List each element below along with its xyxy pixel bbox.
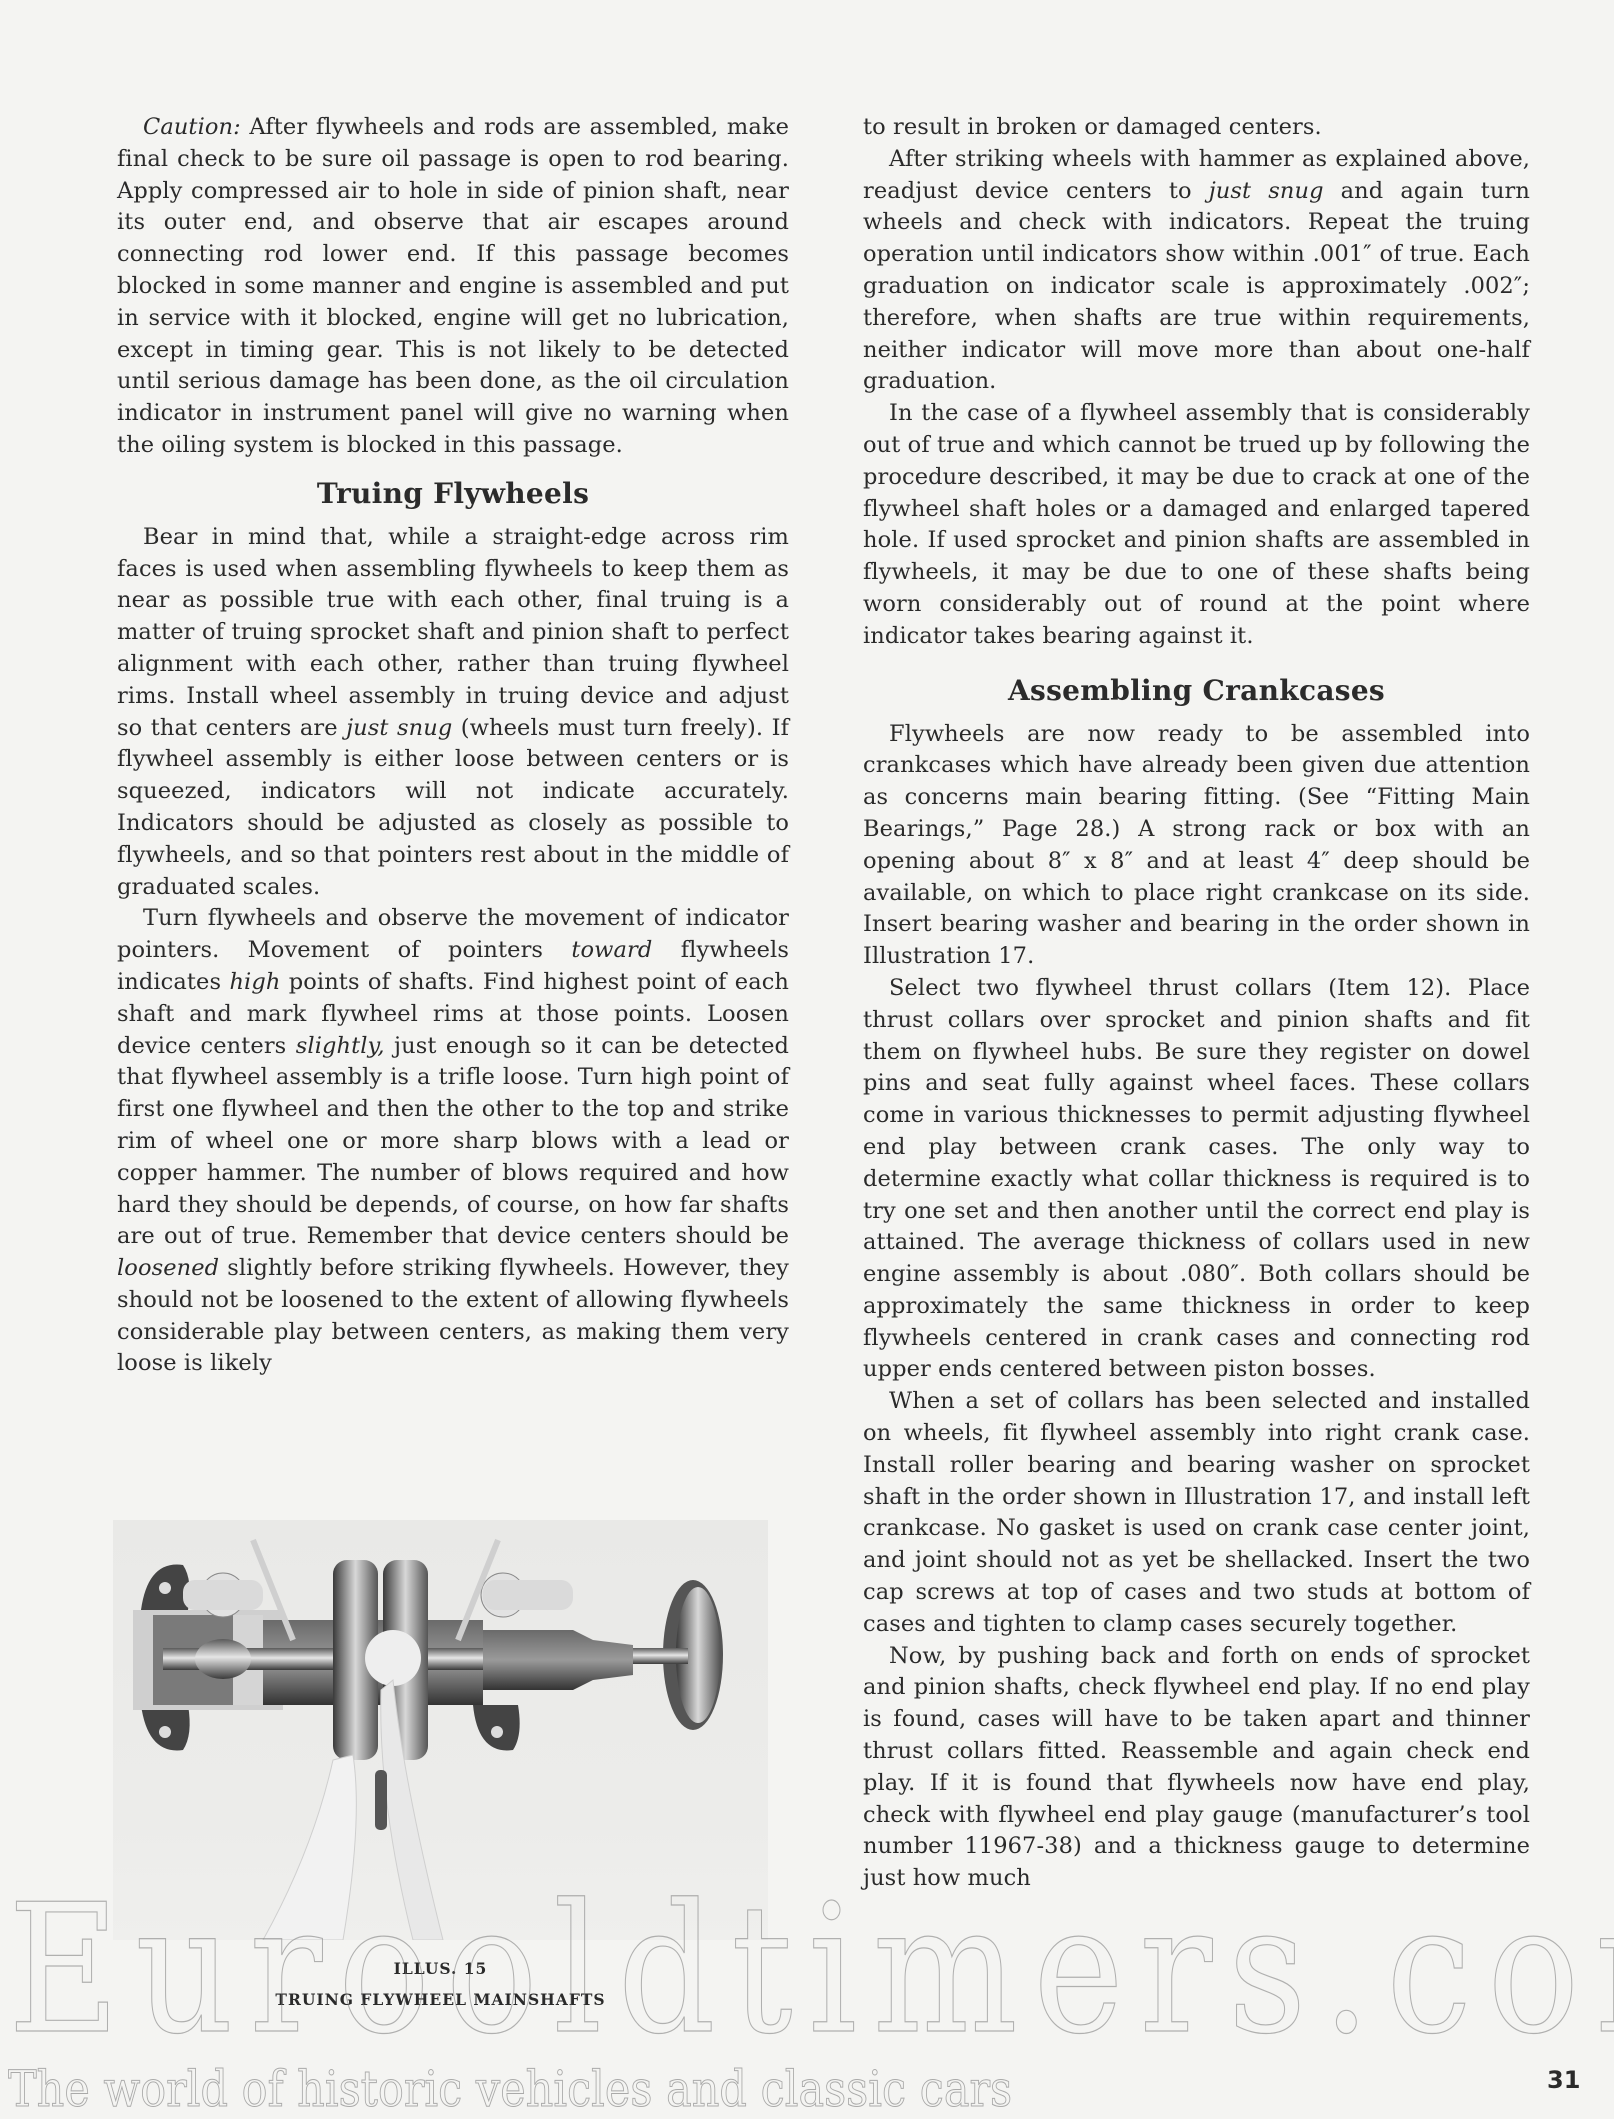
paragraph-end-play: Now, by pushing back and forth on ends o… (863, 1641, 1530, 1895)
paragraph-turn-flywheels: Turn flywheels and observe the movement … (117, 903, 789, 1380)
paragraph-collars-selected: When a set of collars has been selected … (863, 1386, 1530, 1640)
paragraph-flywheels-ready: Flywheels are now ready to be assembled … (863, 719, 1530, 973)
paragraph-out-of-true: In the case of a flywheel assembly that … (863, 398, 1530, 652)
illustration-caption: ILLUS. 15 TRUING FLYWHEEL MAINSHAFTS (113, 1953, 768, 2015)
right-column: to result in broken or damaged centers. … (863, 112, 1530, 1895)
truing-device-icon (113, 1520, 768, 1940)
truing-device-photo (113, 1520, 768, 1940)
watermark-tagline: The world of historic vehicles and class… (8, 2062, 1012, 2116)
continuation-text: to result in broken or damaged centers. (863, 112, 1530, 144)
heading-truing-flywheels: Truing Flywheels (117, 476, 789, 512)
heading-assembling-crankcases: Assembling Crankcases (863, 673, 1530, 709)
paragraph-thrust-collars: Select two flywheel thrust collars (Item… (863, 973, 1530, 1386)
left-column: Caution: After flywheels and rods are as… (117, 112, 789, 1380)
caution-label: Caution: (143, 114, 241, 140)
paragraph-bear-in-mind: Bear in mind that, while a straight-edge… (117, 522, 789, 904)
illustration-title: TRUING FLYWHEEL MAINSHAFTS (113, 1984, 768, 2015)
illustration-label: ILLUS. 15 (113, 1953, 768, 1984)
manual-page: Caution: After flywheels and rods are as… (0, 0, 1614, 2119)
paragraph-after-striking: After striking wheels with hammer as exp… (863, 144, 1530, 398)
caution-paragraph: Caution: After flywheels and rods are as… (117, 112, 789, 462)
page-number: 31 (1547, 2066, 1580, 2094)
